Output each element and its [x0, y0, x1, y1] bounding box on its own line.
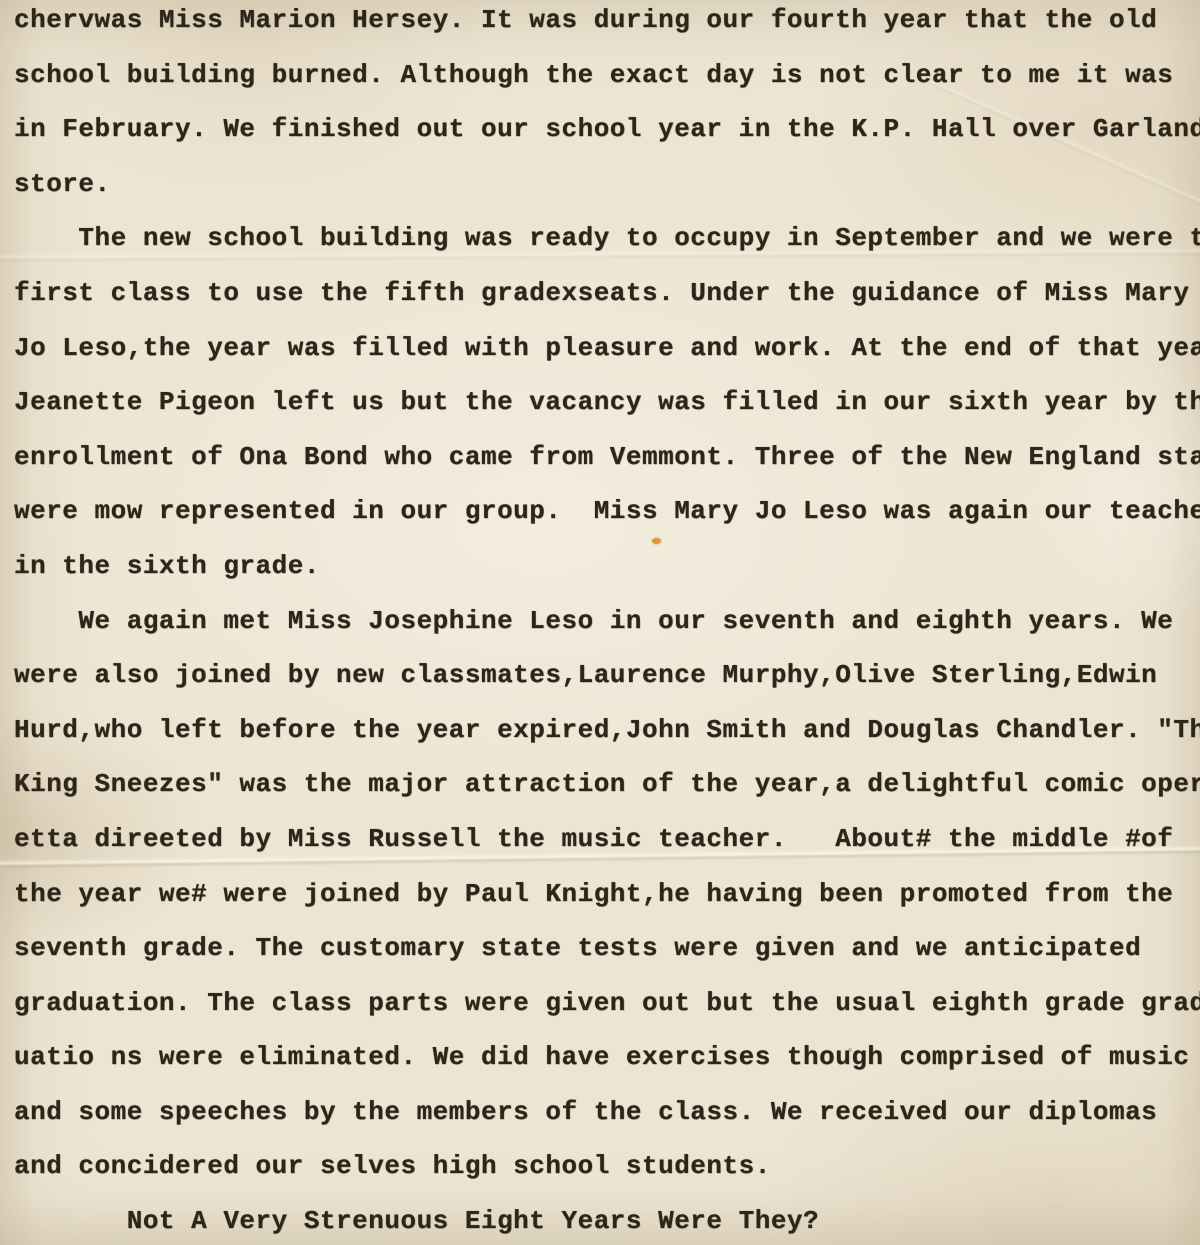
- text-line: Hurd,who left before the year expired,Jo…: [14, 703, 1200, 758]
- text-line: Jo Leso,the year was filled with pleasur…: [14, 321, 1200, 376]
- text-line: and concidered our selves high school st…: [14, 1139, 1200, 1194]
- text-line: Jeanette Pigeon left us but the vacancy …: [14, 375, 1200, 430]
- text-line: Not A Very Strenuous Eight Years Were Th…: [14, 1194, 1200, 1245]
- typewritten-page: chervwas Miss Marion Hersey. It was duri…: [0, 0, 1200, 1245]
- text-line: The new school building was ready to occ…: [14, 211, 1200, 266]
- text-line: etta direeted by Miss Russell the music …: [14, 812, 1200, 867]
- text-line: in the sixth grade.: [14, 539, 1200, 594]
- text-line: seventh grade. The customary state tests…: [14, 921, 1200, 976]
- text-line: school building burned. Although the exa…: [14, 48, 1200, 103]
- text-line: the year we# were joined by Paul Knight,…: [14, 867, 1200, 922]
- text-line: graduation. The class parts were given o…: [14, 976, 1200, 1031]
- text-line: were also joined by new classmates,Laure…: [14, 648, 1200, 703]
- text-line: King Sneezes" was the major attraction o…: [14, 757, 1200, 812]
- text-line: chervwas Miss Marion Hersey. It was duri…: [14, 0, 1200, 48]
- text-line: enrollment of Ona Bond who came from Vem…: [14, 430, 1200, 485]
- text-line: in February. We finished out our school …: [14, 102, 1200, 157]
- text-line: We again met Miss Josephine Leso in our …: [14, 594, 1200, 649]
- text-line: uatio ns were eliminated. We did have ex…: [14, 1030, 1200, 1085]
- text-line: store.: [14, 157, 1200, 212]
- text-line: first class to use the fifth gradexseats…: [14, 266, 1200, 321]
- typewritten-text: chervwas Miss Marion Hersey. It was duri…: [14, 0, 1200, 1245]
- text-line: were mow represented in our group. Miss …: [14, 484, 1200, 539]
- text-line: and some speeches by the members of the …: [14, 1085, 1200, 1140]
